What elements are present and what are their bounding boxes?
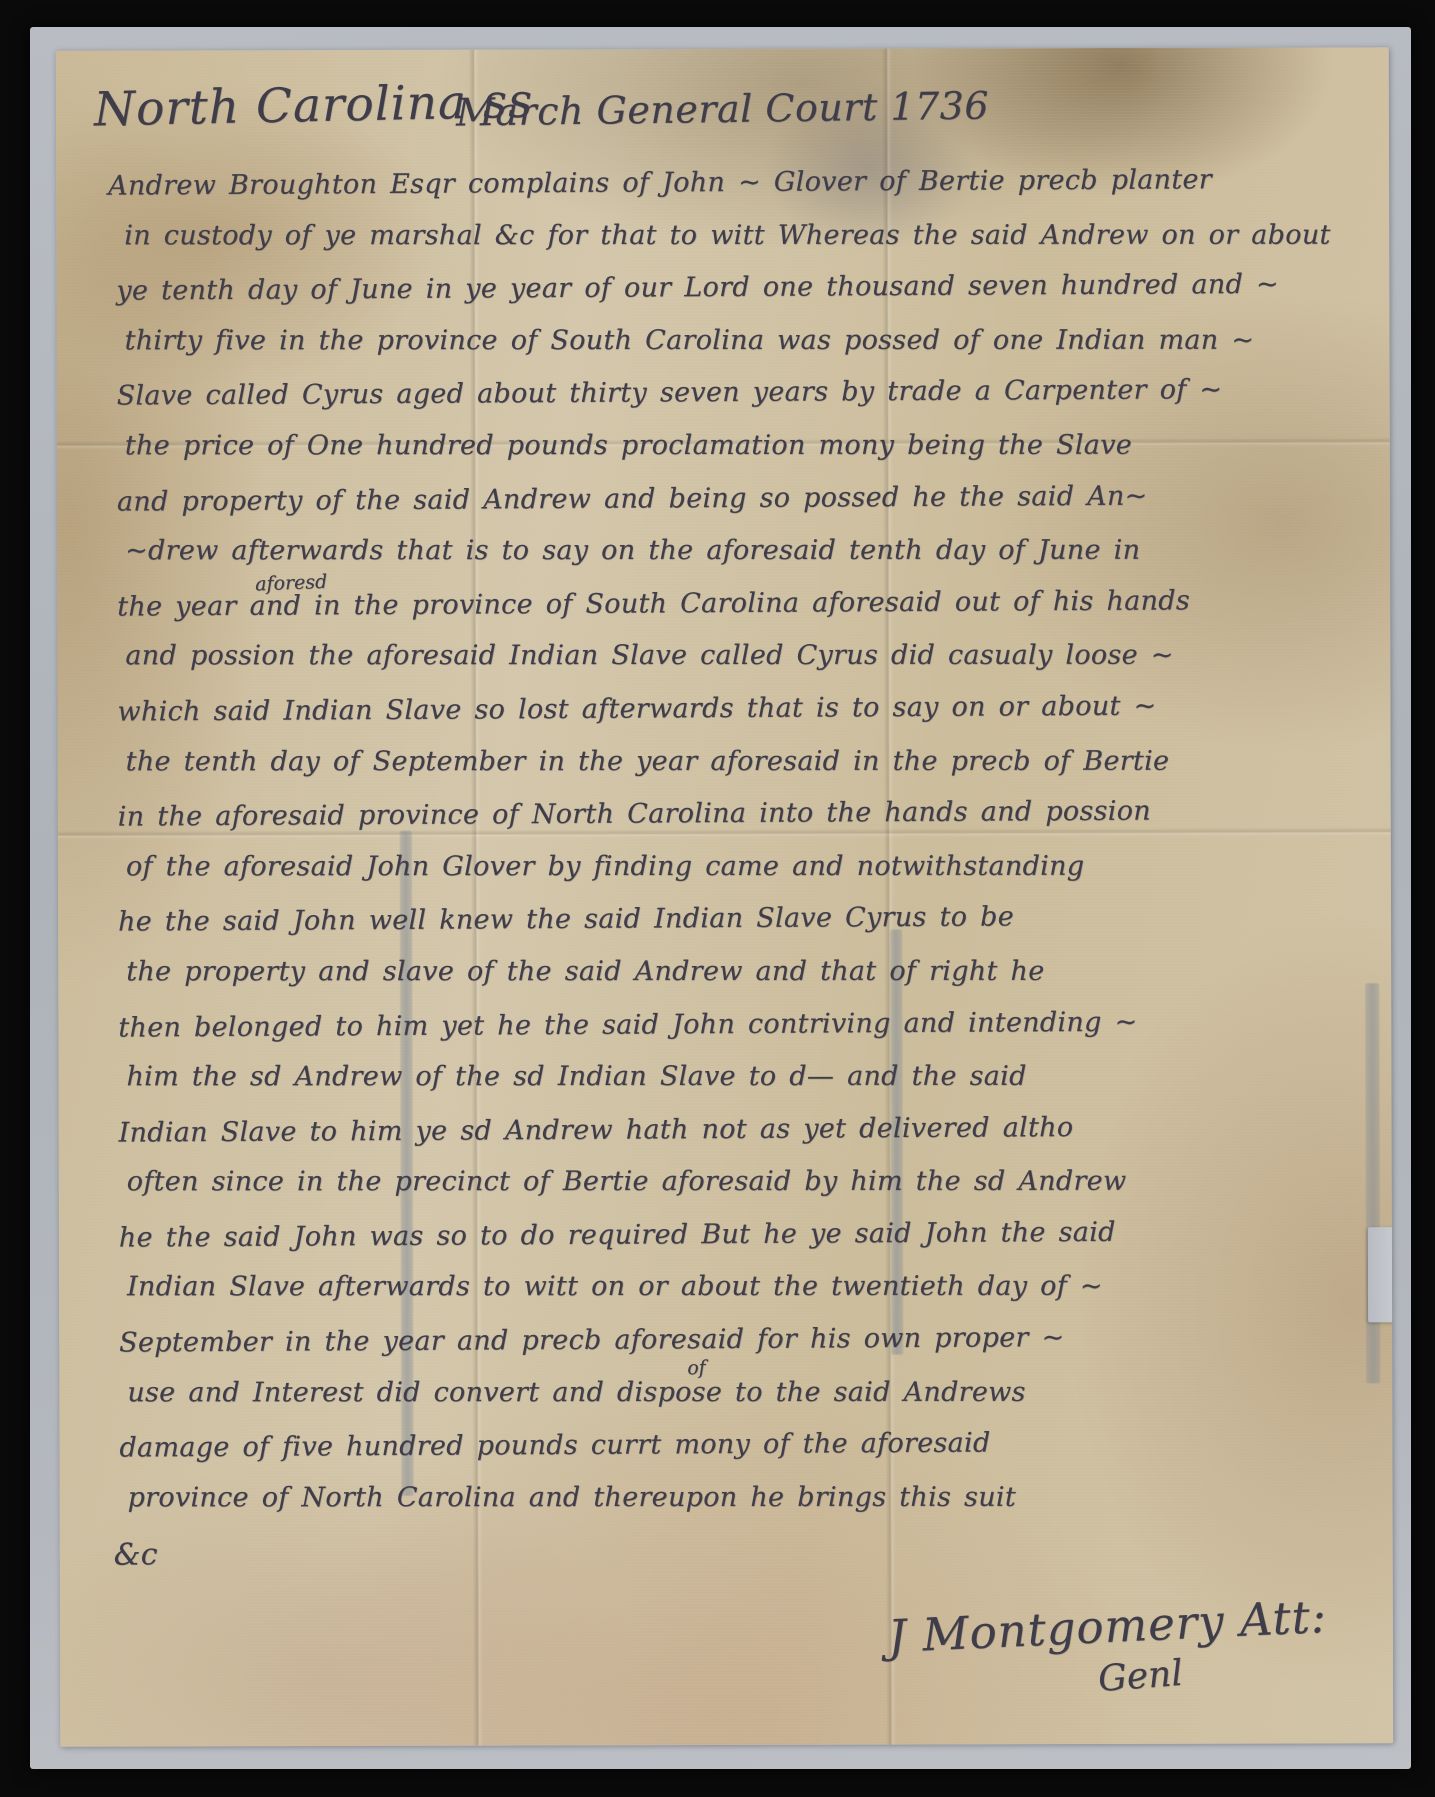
tape-strip-right [1365, 983, 1380, 1383]
manuscript-line: of the aforesaid John Glover by finding … [110, 850, 1363, 903]
manuscript-line: in the aforesaid province of North Carol… [110, 794, 1363, 854]
manuscript-line: province of North Carolina and thereupon… [112, 1481, 1365, 1534]
manuscript-line: use and Interest did convert and dispose… [111, 1376, 1364, 1429]
interlinear-insertion-aforesaid: aforesd [255, 571, 328, 596]
manuscript-line: him the sd Andrew of the sd Indian Slave… [110, 1061, 1363, 1114]
manuscript-line: he the said John well knew the said Indi… [110, 900, 1363, 960]
attorney-signature-title: Genl [1097, 1653, 1185, 1700]
manuscript-line: and property of the said Andrew and bein… [109, 479, 1362, 539]
manuscript-line: Andrew Broughton Esqr complains of John … [108, 163, 1361, 223]
manuscript-line: often since in the precinct of Bertie af… [111, 1166, 1364, 1219]
manuscript-line: the price of One hundred pounds proclama… [109, 430, 1362, 483]
manuscript-line: Indian Slave afterwards to witt on or ab… [111, 1271, 1364, 1324]
document-body: Andrew Broughton Esqr complains of John … [108, 165, 1365, 1588]
attorney-signature: J Montgomery Att: [887, 1590, 1328, 1663]
scan-background: { "manuscript": { "heading": { "jurisdic… [0, 0, 1435, 1797]
tape-tab-right-edge [1368, 1227, 1393, 1322]
manuscript-line: thirty five in the province of South Car… [109, 324, 1362, 377]
manuscript-line: September in the year and precb aforesai… [111, 1320, 1364, 1380]
manuscript-line: and possion the aforesaid Indian Slave c… [109, 640, 1362, 693]
manuscript-line: the tenth day of September in the year a… [110, 745, 1363, 798]
interlinear-insertion-of: of [687, 1357, 706, 1380]
document-page: North Carolina ss March General Court 17… [56, 47, 1393, 1746]
manuscript-line: &c [112, 1531, 1365, 1591]
manuscript-line: in custody of ye marshal &c for that to … [108, 219, 1361, 272]
court-session-heading: March General Court 1736 [456, 84, 990, 135]
manuscript-line: then belonged to him yet he the said Joh… [110, 1005, 1363, 1065]
manuscript-line: Indian Slave to him ye sd Andrew hath no… [110, 1110, 1363, 1170]
manuscript-line: he the said John was so to do required B… [111, 1215, 1364, 1275]
manuscript-line: ye tenth day of June in ye year of our L… [108, 269, 1361, 329]
manuscript-line: damage of five hundred pounds currt mony… [111, 1426, 1364, 1486]
backing-sheet: North Carolina ss March General Court 17… [30, 27, 1411, 1769]
manuscript-line: the property and slave of the said Andre… [110, 956, 1363, 1009]
manuscript-line: which said Indian Slave so lost afterwar… [109, 689, 1362, 749]
manuscript-line: Slave called Cyrus aged about thirty sev… [109, 374, 1362, 434]
